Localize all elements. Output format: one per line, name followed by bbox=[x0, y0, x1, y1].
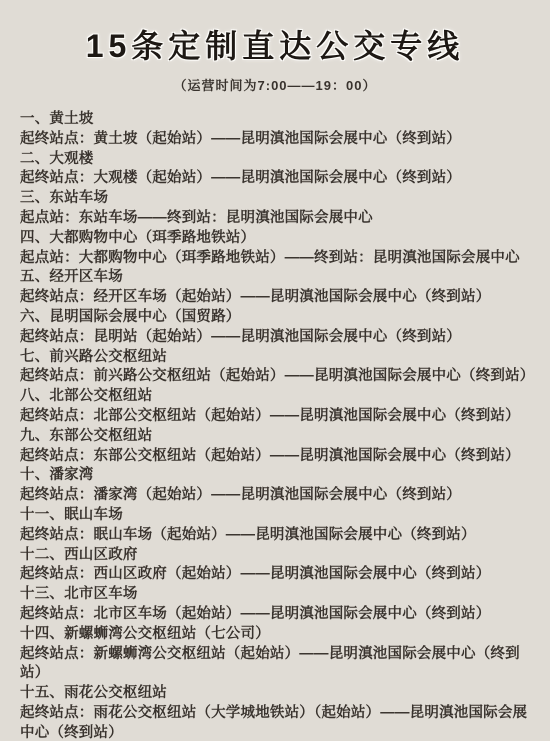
bus-lines-notice: 15条定制直达公交专线 （运营时间为7:00——19：00） 一、黄土坡 起终站… bbox=[0, 0, 550, 741]
route-detail: 起终站点：大观楼（起始站）——昆明滇池国际会展中心（终到站） bbox=[20, 169, 532, 189]
route-item: 九、东部公交枢纽站 起终站点：东部公交枢纽站（起始站）——昆明滇池国际会展中心（… bbox=[20, 427, 532, 467]
route-detail: 起终站点：眠山车场（起始站）——昆明滇池国际会展中心（终到站） bbox=[20, 526, 532, 546]
route-item: 六、昆明国际会展中心（国贸路） 起终站点：昆明站（起始站）——昆明滇池国际会展中… bbox=[20, 308, 532, 348]
route-item: 八、北部公交枢纽站 起终站点：北部公交枢纽站（起始站）——昆明滇池国际会展中心（… bbox=[20, 387, 532, 427]
page-title: 15条定制直达公交专线 bbox=[0, 24, 550, 68]
route-heading: 七、前兴路公交枢纽站 bbox=[20, 348, 532, 368]
route-item: 十、潘家湾 起终站点：潘家湾（起始站）——昆明滇池国际会展中心（终到站） bbox=[20, 466, 532, 506]
route-item: 二、大观楼 起终站点：大观楼（起始站）——昆明滇池国际会展中心（终到站） bbox=[20, 150, 532, 190]
route-detail: 起终站点：东部公交枢纽站（起始站）——昆明滇池国际会展中心（终到站） bbox=[20, 447, 532, 467]
route-item: 十五、雨花公交枢纽站 起终站点：雨花公交枢纽站（大学城地铁站）（起始站）——昆明… bbox=[20, 684, 532, 741]
route-item: 十四、新螺蛳湾公交枢纽站（七公司） 起终站点：新螺蛳湾公交枢纽站（起始站）——昆… bbox=[20, 625, 532, 684]
route-detail: 起终站点：昆明站（起始站）——昆明滇池国际会展中心（终到站） bbox=[20, 328, 532, 348]
route-heading: 十、潘家湾 bbox=[20, 466, 532, 486]
route-heading: 四、大都购物中心（珥季路地铁站） bbox=[20, 229, 532, 249]
route-item: 四、大都购物中心（珥季路地铁站） 起点站：大都购物中心（珥季路地铁站）——终到站… bbox=[20, 229, 532, 269]
route-item: 七、前兴路公交枢纽站 起终站点：前兴路公交枢纽站（起始站）——昆明滇池国际会展中… bbox=[20, 348, 532, 388]
route-item: 三、东站车场 起点站：东站车场——终到站：昆明滇池国际会展中心 bbox=[20, 189, 532, 229]
route-heading: 十四、新螺蛳湾公交枢纽站（七公司） bbox=[20, 625, 532, 645]
route-item: 十一、眠山车场 起终站点：眠山车场（起始站）——昆明滇池国际会展中心（终到站） bbox=[20, 506, 532, 546]
route-heading: 十一、眠山车场 bbox=[20, 506, 532, 526]
route-detail: 起终站点：经开区车场（起始站）——昆明滇池国际会展中心（终到站） bbox=[20, 288, 532, 308]
route-heading: 三、东站车场 bbox=[20, 189, 532, 209]
route-detail: 起点站：大都购物中心（珥季路地铁站）——终到站：昆明滇池国际会展中心 bbox=[20, 249, 532, 269]
route-detail: 起点站：东站车场——终到站：昆明滇池国际会展中心 bbox=[20, 209, 532, 229]
route-heading: 八、北部公交枢纽站 bbox=[20, 387, 532, 407]
route-list: 一、黄土坡 起终站点：黄土坡（起始站）——昆明滇池国际会展中心（终到站） 二、大… bbox=[0, 94, 550, 741]
route-heading: 六、昆明国际会展中心（国贸路） bbox=[20, 308, 532, 328]
route-heading: 九、东部公交枢纽站 bbox=[20, 427, 532, 447]
route-heading: 十二、西山区政府 bbox=[20, 546, 532, 566]
route-detail: 起终站点：黄土坡（起始站）——昆明滇池国际会展中心（终到站） bbox=[20, 130, 532, 150]
notice-header: 15条定制直达公交专线 （运营时间为7:00——19：00） bbox=[0, 0, 550, 94]
route-item: 十三、北市区车场 起终站点：北市区车场（起始站）——昆明滇池国际会展中心（终到站… bbox=[20, 585, 532, 625]
route-detail: 起终站点：西山区政府（起始站）——昆明滇池国际会展中心（终到站） bbox=[20, 565, 532, 585]
route-detail: 起终站点：雨花公交枢纽站（大学城地铁站）（起始站）——昆明滇池国际会展中心（终到… bbox=[20, 704, 532, 741]
route-detail: 起终站点：北市区车场（起始站）——昆明滇池国际会展中心（终到站） bbox=[20, 605, 532, 625]
route-item: 十二、西山区政府 起终站点：西山区政府（起始站）——昆明滇池国际会展中心（终到站… bbox=[20, 546, 532, 586]
route-heading: 一、黄土坡 bbox=[20, 110, 532, 130]
route-heading: 二、大观楼 bbox=[20, 150, 532, 170]
route-detail: 起终站点：前兴路公交枢纽站（起始站）——昆明滇池国际会展中心（终到站） bbox=[20, 367, 532, 387]
route-item: 一、黄土坡 起终站点：黄土坡（起始站）——昆明滇池国际会展中心（终到站） bbox=[20, 110, 532, 150]
route-heading: 十三、北市区车场 bbox=[20, 585, 532, 605]
route-heading: 十五、雨花公交枢纽站 bbox=[20, 684, 532, 704]
route-item: 五、经开区车场 起终站点：经开区车场（起始站）——昆明滇池国际会展中心（终到站） bbox=[20, 268, 532, 308]
operating-hours: （运营时间为7:00——19：00） bbox=[0, 78, 550, 94]
route-detail: 起终站点：新螺蛳湾公交枢纽站（起始站）——昆明滇池国际会展中心（终到站） bbox=[20, 645, 532, 685]
route-detail: 起终站点：潘家湾（起始站）——昆明滇池国际会展中心（终到站） bbox=[20, 486, 532, 506]
route-detail: 起终站点：北部公交枢纽站（起始站）——昆明滇池国际会展中心（终到站） bbox=[20, 407, 532, 427]
route-heading: 五、经开区车场 bbox=[20, 268, 532, 288]
